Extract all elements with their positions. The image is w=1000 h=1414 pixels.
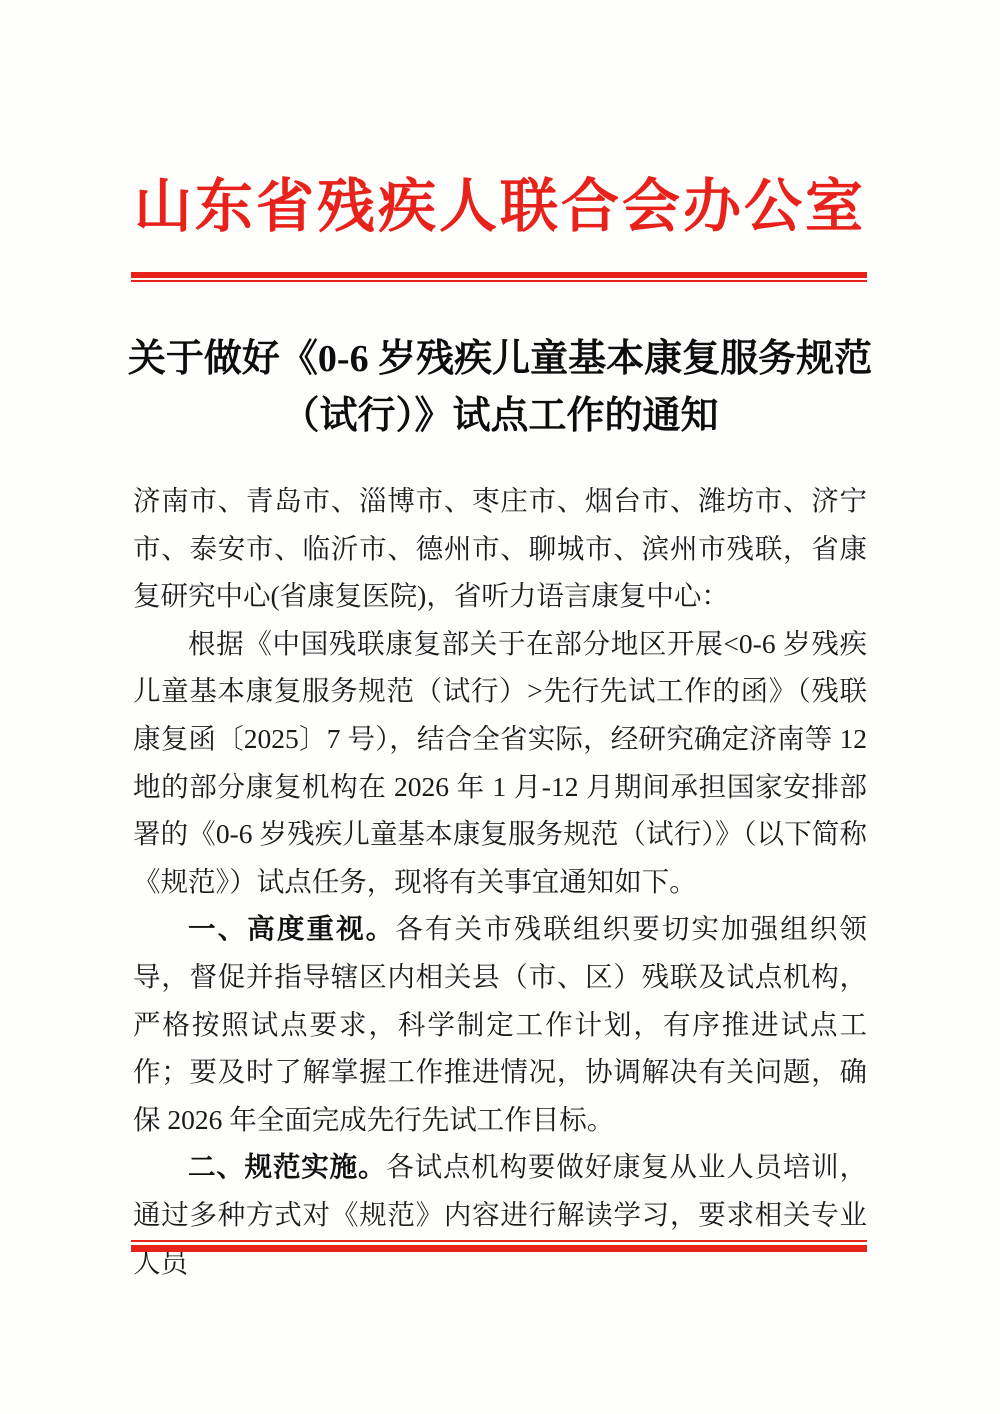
document-title-line2: （试行）》试点工作的通知 xyxy=(80,388,920,445)
paragraph-basis-text: 根据《中国残联康复部关于在部分地区开展<0-6 岁残疾儿童基本康复服务规范（试行… xyxy=(133,628,867,897)
paragraph-section-2: 二、规范实施。各试点机构要做好康复从业人员培训，通过多种方式对《规范》内容进行解… xyxy=(133,1143,867,1286)
paragraph-section-1-heading: 一、高度重视。 xyxy=(188,913,395,944)
paragraph-section-1-text: 各有关市残联组织要切实加强组织领导，督促并指导辖区内相关县（市、区）残联及试点机… xyxy=(133,913,867,1134)
paragraph-section-2-heading: 二、规范实施。 xyxy=(188,1151,386,1182)
recipients-line: 济南市、青岛市、淄博市、枣庄市、烟台市、潍坊市、济宁市、泰安市、临沂市、德州市、… xyxy=(133,477,867,620)
document-page: 山东省残疾人联合会办公室 关于做好《0-6 岁残疾儿童基本康复服务规范 （试行）… xyxy=(0,0,1000,1414)
document-body: 济南市、青岛市、淄博市、枣庄市、烟台市、潍坊市、济宁市、泰安市、临沂市、德州市、… xyxy=(133,477,867,1286)
document-title: 关于做好《0-6 岁残疾儿童基本康复服务规范 （试行）》试点工作的通知 xyxy=(80,331,920,445)
paragraph-section-1: 一、高度重视。各有关市残联组织要切实加强组织领导，督促并指导辖区内相关县（市、区… xyxy=(133,905,867,1143)
letterhead-org-name: 山东省残疾人联合会办公室 xyxy=(0,170,1000,244)
footer-divider-line xyxy=(131,1240,867,1252)
paragraph-basis: 根据《中国残联康复部关于在部分地区开展<0-6 岁残疾儿童基本康复服务规范（试行… xyxy=(133,620,867,906)
header-divider-line xyxy=(131,272,867,282)
document-title-line1: 关于做好《0-6 岁残疾儿童基本康复服务规范 xyxy=(80,331,920,388)
